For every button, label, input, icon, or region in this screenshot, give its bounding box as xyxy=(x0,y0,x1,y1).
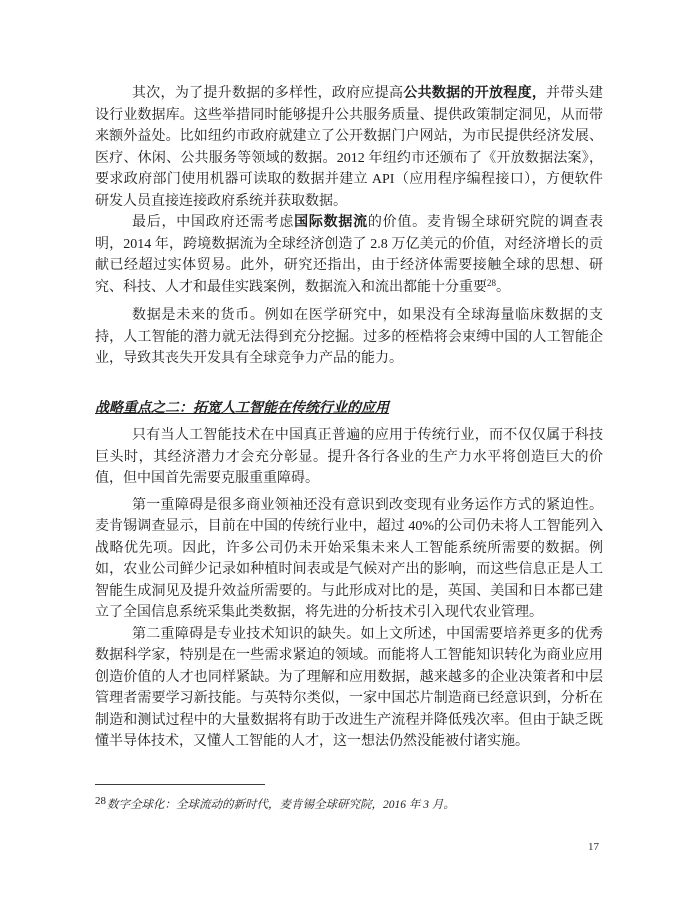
paragraph-data-currency: 数据是未来的货币。例如在医学研究中，如果没有全球海量临床数据的支持，人工智能的潜… xyxy=(95,305,603,370)
text-run: 并带头建设行业数据库。这些举措同时能够提升公共服务质量、提供政策制定洞见，从而带… xyxy=(95,86,603,209)
text-run: 其次，为了提升数据的多样性，政府应提高 xyxy=(132,86,403,101)
paragraph-international-data-flow: 最后，中国政府还需考虑国际数据流的价值。麦肯锡全球研究院的调查表明，2014 年… xyxy=(95,212,603,298)
bold-text-run: 国际数据流 xyxy=(294,215,368,230)
footnote-reference: 28 xyxy=(487,278,496,288)
paragraph-public-data: 其次，为了提升数据的多样性，政府应提高公共数据的开放程度，并带头建设行业数据库。… xyxy=(95,83,603,212)
section-heading: 战略重点之二：拓宽人工智能在传统行业的应用 xyxy=(95,398,603,420)
text-run: 最后，中国政府还需考虑 xyxy=(132,215,294,230)
page-body: 其次，为了提升数据的多样性，政府应提高公共数据的开放程度，并带头建设行业数据库。… xyxy=(95,83,603,753)
document-page: 其次，为了提升数据的多样性，政府应提高公共数据的开放程度，并带头建设行业数据库。… xyxy=(0,0,700,905)
page-number: 17 xyxy=(588,841,599,853)
paragraph-second-obstacle: 第二重障碍是专业技术知识的缺失。如上文所述，中国需要培养更多的优秀数据科学家，特… xyxy=(95,624,603,753)
paragraph-first-obstacle: 第一重障碍是很多商业领袖还没有意识到改变现有业务运作方式的紧迫性。麦肯锡调查显示… xyxy=(95,495,603,624)
footnote-text: 数字全球化：全球流动的新时代，麦肯锡全球研究院，2016 年 3 月。 xyxy=(107,799,455,811)
footnote-number: 28 xyxy=(95,795,106,807)
text-run: 。 xyxy=(496,280,510,295)
footnote-separator xyxy=(95,784,265,785)
bold-text-run: 公共数据的开放程度， xyxy=(403,86,546,101)
paragraph-traditional-industries: 只有当人工智能技术在中国真正普遍的应用于传统行业，而不仅仅属于科技巨头时，其经济… xyxy=(95,425,603,490)
footnote: 28数字全球化：全球流动的新时代，麦肯锡全球研究院，2016 年 3 月。 xyxy=(95,797,603,813)
